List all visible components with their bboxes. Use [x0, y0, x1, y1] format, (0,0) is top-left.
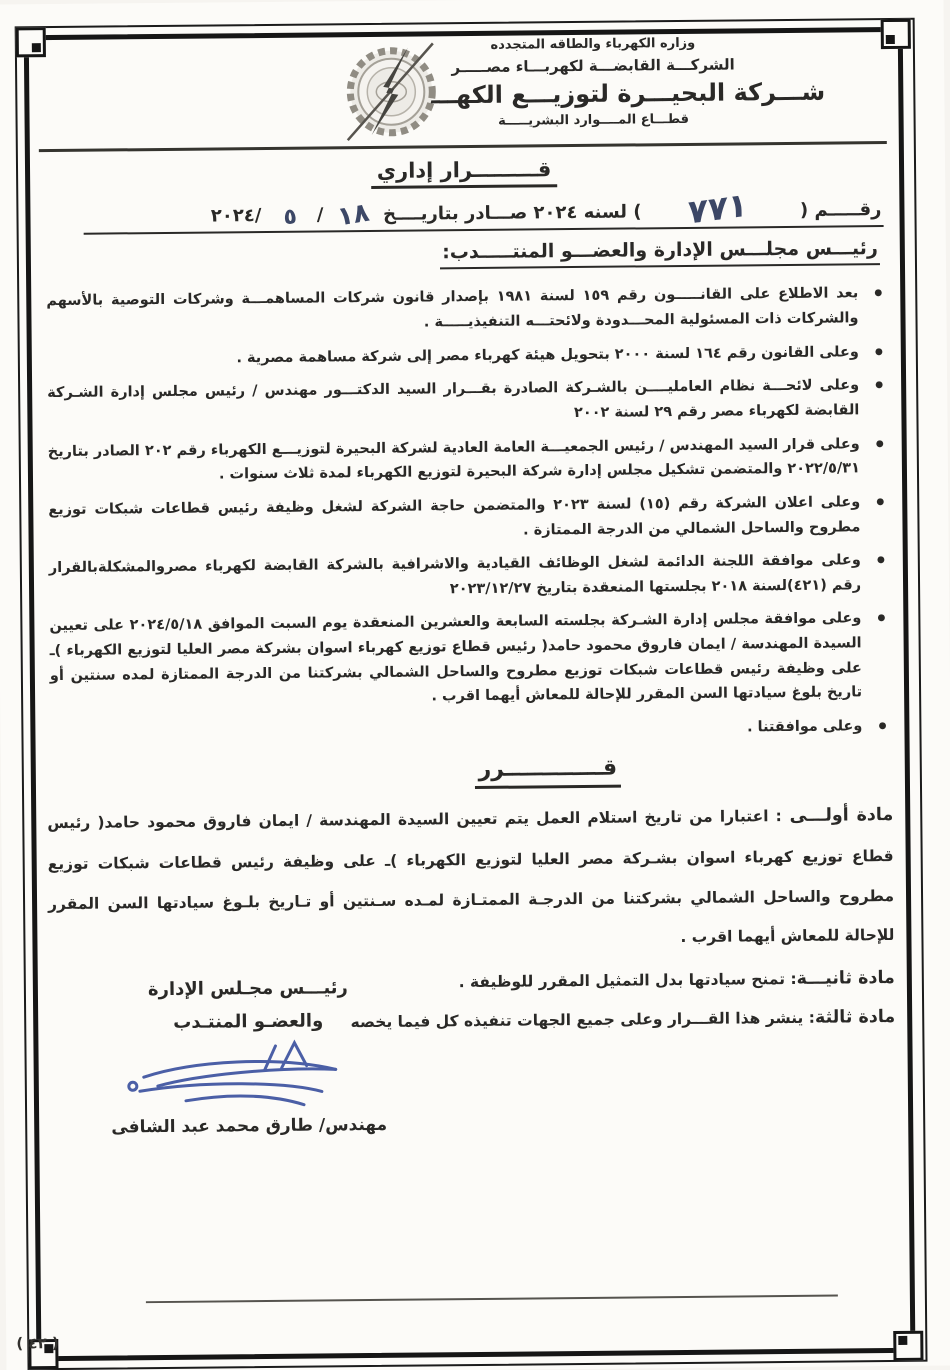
- preamble-list: بعد الاطلاع على القانـــــون رقم ١٥٩ لسن…: [46, 281, 890, 746]
- signature-block: رئيـــس مجـلس الإدارة والعضـو المنتـدب م…: [103, 977, 395, 1138]
- preamble-item: وعلى اعلان الشركة رقم (١٥) لسنة ٢٠٢٣ وال…: [48, 490, 888, 547]
- decision-title: قـــــــــرار إداري: [39, 154, 889, 192]
- issuer-line: رئيـــس مجلـــس الإدارة والعضـــو المنتـ…: [40, 237, 880, 273]
- date-separator: /: [317, 205, 324, 226]
- article-two-label: مادة ثانيـــة: [797, 968, 895, 989]
- article-one-label: مادة أولـــى: [782, 805, 894, 826]
- preamble-item: وعلى موافقة اللجنة الدائمة لشغل الوظائف …: [49, 548, 889, 605]
- preamble-item: وعلى لائحـــة نظام العامليــــن بالشـركة…: [47, 373, 887, 430]
- signatory-title-line1: رئيـــس مجـلس الإدارة: [103, 977, 393, 1001]
- gear-lightning-emblem-icon: [330, 42, 453, 141]
- decision-title-text: قـــــــــرار إداري: [371, 157, 558, 189]
- decree-heading-text: قـــــــــــــرر: [474, 755, 621, 788]
- preamble-item: بعد الاطلاع على القانـــــون رقم ١٥٩ لسن…: [46, 281, 886, 338]
- scanned-document-page: وزاره الكهرباء والطاقه المتجدده الشركـــ…: [0, 0, 950, 1370]
- handwritten-month: ٥: [283, 208, 298, 227]
- handwritten-day: ١٨: [336, 202, 371, 228]
- issuer-title: رئيـــس مجلـــس الإدارة والعضـــو المنتـ…: [440, 237, 880, 269]
- signatory-name: مهندس/ طارق محمد عبد الشافى: [104, 1115, 394, 1138]
- preamble-item: وعلى موافقة مجلس إدارة الشـركة بجلسته ال…: [49, 606, 890, 713]
- document-content: وزاره الكهرباء والطاقه المتجدده الشركـــ…: [38, 34, 901, 1354]
- article-one-text: : اعتبارا من تاريخ استلام العمل يتم تعيي…: [47, 807, 894, 947]
- page-number: ( ٤٢ ): [16, 1334, 59, 1352]
- number-prefix: رقـــــم (: [800, 199, 882, 221]
- article-two-text: : تمنح سيادتها بدل التمثيل المقرر للوظيف…: [459, 970, 797, 991]
- article-one: مادة أولـــى : اعتبارا من تاريخ استلام ا…: [47, 793, 895, 964]
- signatory-title-line2: والعضـو المنتـدب: [103, 1010, 393, 1034]
- handwritten-decision-number: ٧٧١: [688, 192, 748, 227]
- decree-heading: قـــــــــــــرر: [45, 753, 895, 793]
- preamble-item: وعلى موافقتنا .: [50, 714, 890, 747]
- printed-year: /٢٠٢٤: [211, 205, 262, 226]
- decision-number-line: رقـــــم ( ٧٧١ ) لسنه ٢٠٢٤ صـــادر بتاري…: [83, 194, 883, 235]
- footer-divider: [146, 1295, 838, 1304]
- article-three-text: : ينشر هذا القـــرار وعلى جميع الجهات تن…: [350, 1009, 815, 1031]
- header-divider: [39, 141, 887, 152]
- letterhead: وزاره الكهرباء والطاقه المتجدده الشركـــ…: [38, 34, 889, 146]
- preamble-item: وعلى قرار السيد المهندس / رئيس الجمعيـــ…: [48, 432, 888, 489]
- handwritten-signature-icon: [123, 1033, 374, 1121]
- number-suffix: ) لسنه ٢٠٢٤ صـــادر بتاريــــخ: [383, 202, 642, 225]
- preamble-item: وعلى القانون رقم ١٦٤ لسنة ٢٠٠٠ بتحويل هي…: [47, 340, 887, 373]
- article-three-label: مادة ثالثة: [815, 1007, 895, 1028]
